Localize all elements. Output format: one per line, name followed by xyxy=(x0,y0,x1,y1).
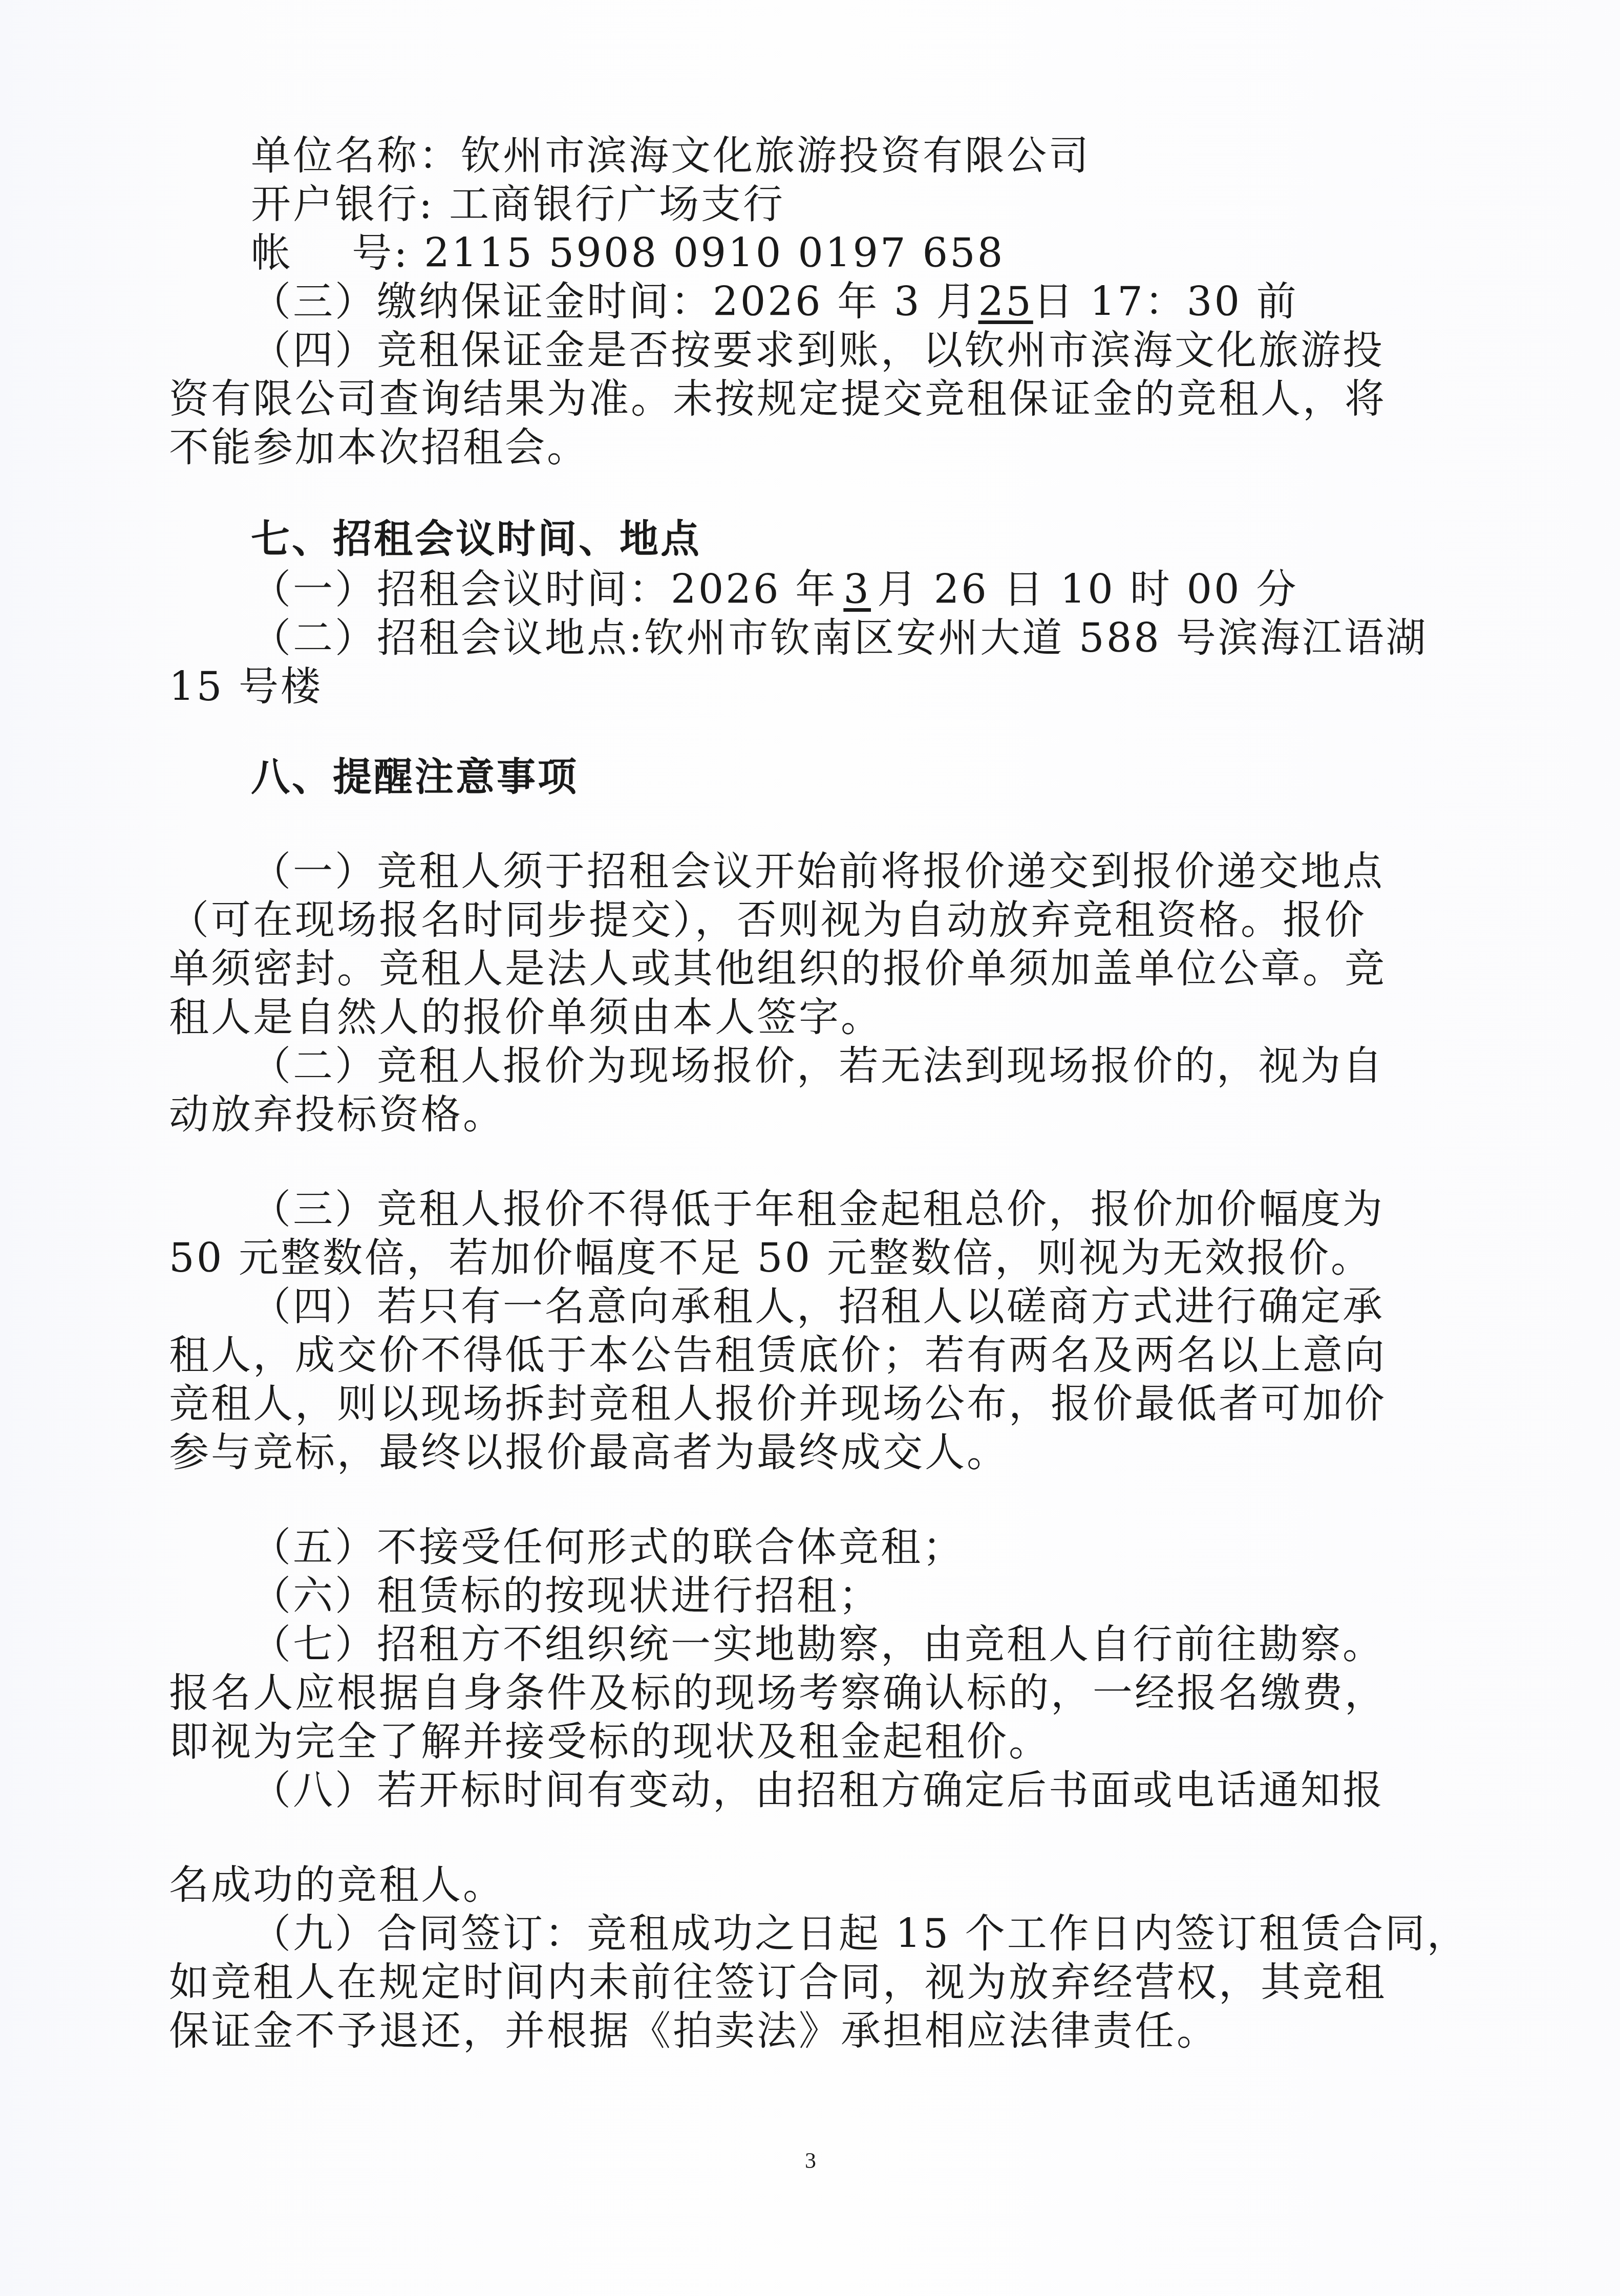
section8-line: 租人，成交价不得低于本公告租赁底价；若有两名及两名以上意向 xyxy=(169,1332,1387,1380)
section8-line: 单须密封。竞租人是法人或其他组织的报价单须加盖单位公章。竞 xyxy=(169,945,1387,994)
meeting-month: 3 xyxy=(837,567,877,613)
section8-line: （可在现场报名时同步提交），否则视为自动放弃竞租资格。报价 xyxy=(169,896,1367,945)
section8-line: （五）不接受任何形式的联合体竞租； xyxy=(251,1523,965,1572)
bank-line: 开户银行: 工商银行广场支行 xyxy=(251,181,785,229)
section8-line: （七）招租方不组织统一实地勘察，由竞租人自行前往勘察。 xyxy=(251,1621,1384,1669)
account-line: 帐 号: 2115 5908 0910 0197 658 xyxy=(251,229,1005,278)
section8-line: （六）租赁标的按现状进行招租； xyxy=(251,1572,881,1621)
section8-line: （四）若只有一名意向承租人，招租人以磋商方式进行确定承 xyxy=(251,1283,1384,1332)
section8-line: 参与竞标，最终以报价最高者为最终成交人。 xyxy=(169,1429,1009,1477)
meeting-time-suffix: 月 26 日 10 时 00 分 xyxy=(877,567,1298,613)
section8-line: 名成功的竞租人。 xyxy=(169,1861,505,1910)
document-page: 单位名称：钦州市滨海文化旅游投资有限公司 开户银行: 工商银行广场支行 帐 号:… xyxy=(0,0,1620,2296)
section8-line: 竞租人，则以现场拆封竞租人报价并现场公布，报价最低者可加价 xyxy=(169,1380,1387,1429)
page-number: 3 xyxy=(805,2148,816,2174)
meeting-time-prefix: （一）招租会议时间：2026 年 xyxy=(251,567,837,613)
section8-heading: 八、提醒注意事项 xyxy=(251,753,579,801)
meeting-time-line: （一）招租会议时间：2026 年3月 26 日 10 时 00 分 xyxy=(251,566,1298,614)
deadline-prefix: （三）缴纳保证金时间：2026 年 3 月 xyxy=(251,279,978,325)
item4-line2: 资有限公司查询结果为准。未按规定提交竞租保证金的竞租人，将 xyxy=(169,375,1387,424)
meeting-place-line2: 15 号楼 xyxy=(169,663,323,712)
section8-line: 报名人应根据自身条件及标的现场考察确认标的，一经报名缴费， xyxy=(169,1669,1387,1718)
section8-line: （九）合同签订：竞租成功之日起 15 个工作日内签订租赁合同， xyxy=(251,1910,1469,1959)
section8-line: 保证金不予退还，并根据《拍卖法》承担相应法律责任。 xyxy=(169,2007,1219,2056)
deadline-line: （三）缴纳保证金时间：2026 年 3 月25日 17：30 前 xyxy=(251,278,1298,327)
section7-heading: 七、招租会议时间、地点 xyxy=(251,514,701,563)
section8-line: （三）竞租人报价不得低于年租金起租总价，报价加价幅度为 xyxy=(251,1186,1384,1234)
section8-line: 即视为完全了解并接受标的现状及租金起租价。 xyxy=(169,1718,1051,1767)
deadline-day: 25 xyxy=(978,279,1033,325)
section8-line: （一）竞租人须于招租会议开始前将报价递交到报价递交地点 xyxy=(251,848,1384,896)
section8-line: 租人是自然人的报价单须由本人签字。 xyxy=(169,994,883,1042)
item4-line3: 不能参加本次招租会。 xyxy=(169,424,589,473)
section8-line: 动放弃投标资格。 xyxy=(169,1091,505,1140)
section8-line: （八）若开标时间有变动，由招租方确定后书面或电话通知报 xyxy=(251,1767,1384,1815)
meeting-place-line1: （二）招租会议地点:钦州市钦南区安州大道 588 号滨海江语湖 xyxy=(251,614,1428,663)
deadline-suffix: 日 17：30 前 xyxy=(1033,279,1298,325)
section8-line: 50 元整数倍，若加价幅度不足 50 元整数倍，则视为无效报价。 xyxy=(169,1234,1373,1283)
item4-line1: （四）竞租保证金是否按要求到账，以钦州市滨海文化旅游投 xyxy=(251,327,1384,375)
section8-line: （二）竞租人报价为现场报价，若无法到现场报价的，视为自 xyxy=(251,1042,1384,1091)
section8-line: 如竞租人在规定时间内未前往签订合同，视为放弃经营权，其竞租 xyxy=(169,1959,1387,2007)
unit-name-line: 单位名称：钦州市滨海文化旅游投资有限公司 xyxy=(251,132,1091,181)
